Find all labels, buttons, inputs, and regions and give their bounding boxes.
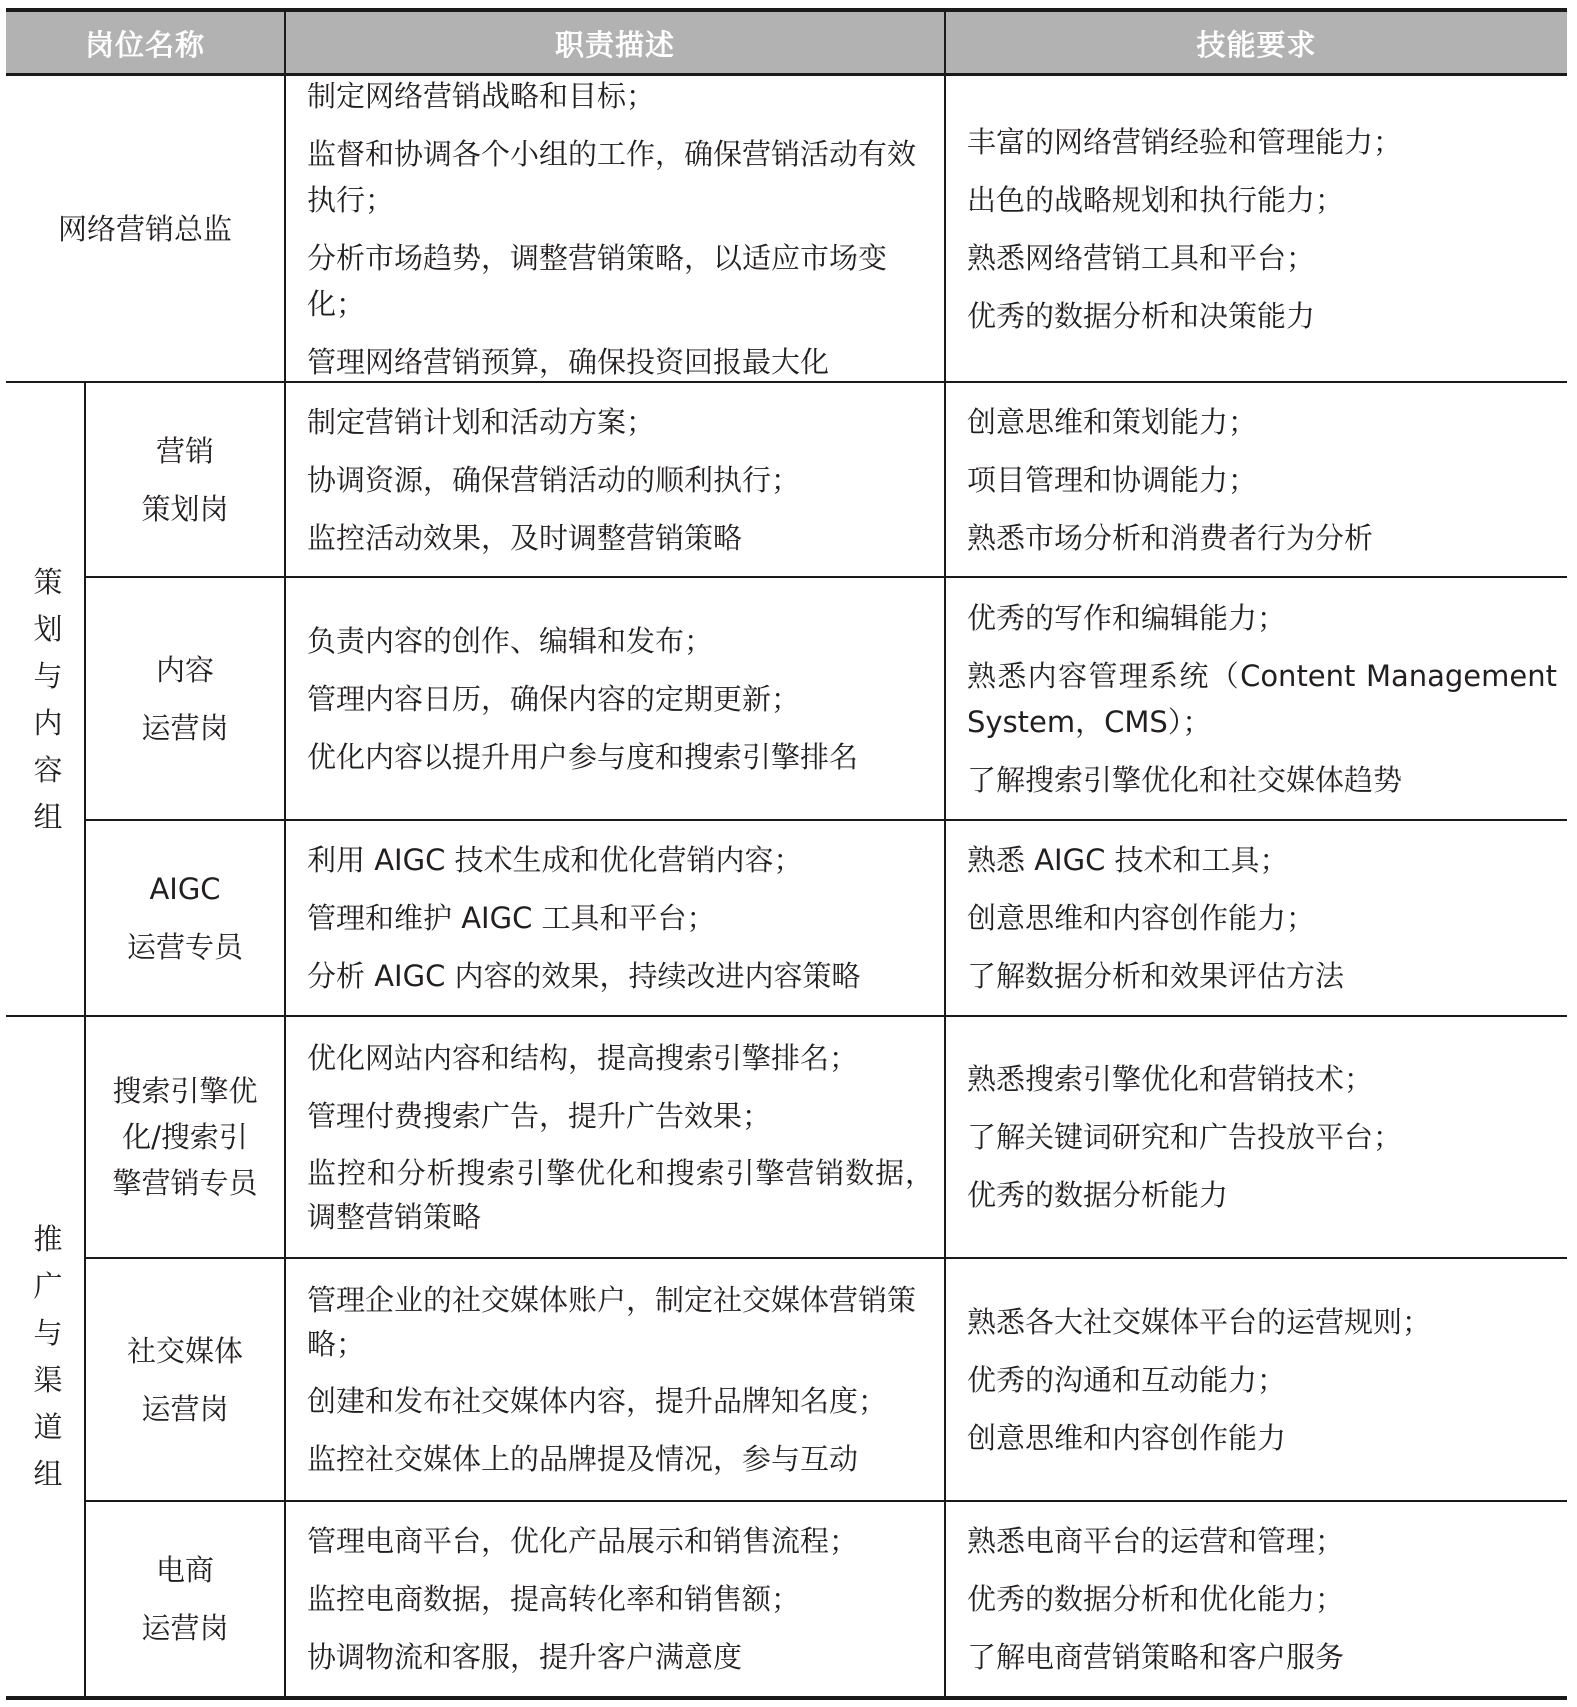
duties-cell: 管理电商平台，优化产品展示和销售流程； 监控电商数据，提高转化率和销售额； 协调… xyxy=(286,1502,944,1696)
duties-cell: 负责内容的创作、编辑和发布； 管理内容日历，确保内容的定期更新； 优化内容以提升… xyxy=(286,578,944,819)
table-header: 岗位名称 职责描述 技能要求 xyxy=(6,11,1567,75)
position-cell: 内容 运营岗 xyxy=(86,578,284,819)
position-cell: 电商 运营岗 xyxy=(86,1502,284,1696)
skills-cell: 丰富的网络营销经验和管理能力； 出色的战略规划和执行能力； 熟悉网络营销工具和平… xyxy=(946,76,1567,381)
position-cell: 社交媒体 运营岗 xyxy=(86,1259,284,1500)
duties-cell: 优化网站内容和结构，提高搜索引擎排名； 管理付费搜索广告，提升广告效果； 监控和… xyxy=(286,1017,944,1257)
position-cell: AIGC 运营专员 xyxy=(86,821,284,1015)
duties-cell: 利用 AIGC 技术生成和优化营销内容； 管理和维护 AIGC 工具和平台； 分… xyxy=(286,821,944,1015)
header-skills: 技能要求 xyxy=(946,11,1567,75)
top-rule xyxy=(6,8,1567,12)
header-position: 岗位名称 xyxy=(6,11,284,75)
position-cell: 营销 策划岗 xyxy=(86,383,284,576)
job-responsibility-table: 岗位名称 职责描述 技能要求 策 划 与 内 容 组 推 广 与 渠 道 组 网… xyxy=(6,8,1567,1700)
duties-cell: 制定营销计划和活动方案； 协调资源，确保营销活动的顺利执行； 监控活动效果，及时… xyxy=(286,383,944,576)
skills-cell: 创意思维和策划能力； 项目管理和协调能力； 熟悉市场分析和消费者行为分析 xyxy=(946,383,1567,576)
skills-cell: 优秀的写作和编辑能力； 熟悉内容管理系统（Content Management … xyxy=(946,578,1567,819)
group-planning-content: 策 划 与 内 容 组 xyxy=(6,383,90,1016)
skills-cell: 熟悉 AIGC 技术和工具； 创意思维和内容创作能力； 了解数据分析和效果评估方… xyxy=(946,821,1567,1015)
bottom-rule xyxy=(6,1696,1567,1700)
position-cell: 网络营销总监 xyxy=(6,76,284,381)
duties-cell: 管理企业的社交媒体账户，制定社交媒体营销策略； 创建和发布社交媒体内容，提升品牌… xyxy=(286,1259,944,1500)
group-promotion-channel: 推 广 与 渠 道 组 xyxy=(6,1017,90,1697)
skills-cell: 熟悉各大社交媒体平台的运营规则； 优秀的沟通和互动能力； 创意思维和内容创作能力 xyxy=(946,1259,1567,1500)
duties-cell: 制定网络营销战略和目标； 监督和协调各个小组的工作，确保营销活动有效执行； 分析… xyxy=(286,76,944,381)
header-duties: 职责描述 xyxy=(286,11,944,75)
position-cell: 搜索引擎优 化/搜索引 擎营销专员 xyxy=(86,1017,284,1257)
skills-cell: 熟悉搜索引擎优化和营销技术； 了解关键词研究和广告投放平台； 优秀的数据分析能力 xyxy=(946,1017,1567,1257)
skills-cell: 熟悉电商平台的运营和管理； 优秀的数据分析和优化能力； 了解电商营销策略和客户服… xyxy=(946,1502,1567,1696)
